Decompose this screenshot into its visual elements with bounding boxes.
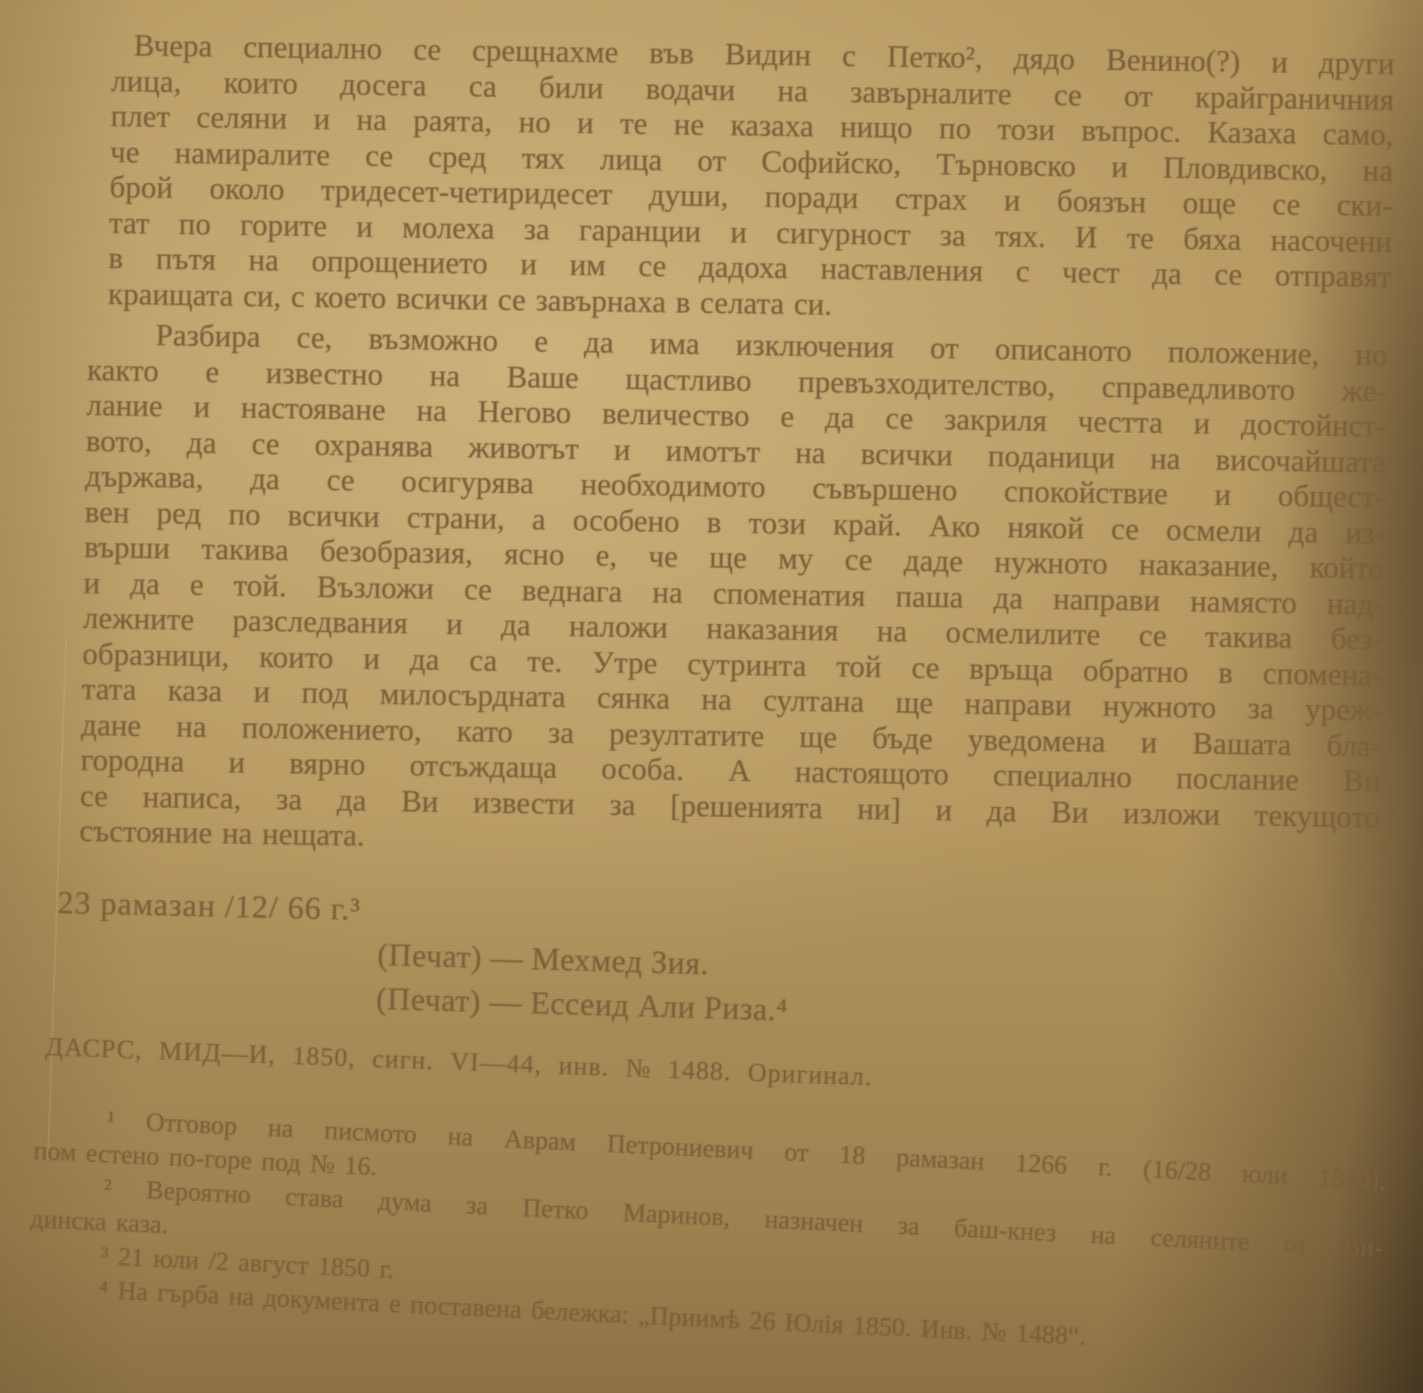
document-text: Вчера специално се срещнахме във Видин с…: [0, 0, 1423, 1393]
body-paragraph-1: Вчера специално се срещнахме във Видин с…: [108, 27, 1395, 330]
date-line: 23 рамазан /12/ 66 г.³: [57, 884, 361, 928]
footnotes-section: ¹ Отговор на писмото на Аврам Петрониеви…: [26, 1100, 1386, 1367]
body-paragraph-2: Разбира се, възможно е да има изключения…: [79, 316, 1388, 870]
book-page-photo: Вчера специално се срещнахме във Видин с…: [0, 0, 1423, 1393]
archive-source-line: ДАСРС, МИД—И, 1850, сигн. VI—44, инв. № …: [45, 1032, 873, 1092]
signature-block: (Печат) — Мехмед Зия. (Печат) — Ессеид А…: [376, 932, 790, 1031]
